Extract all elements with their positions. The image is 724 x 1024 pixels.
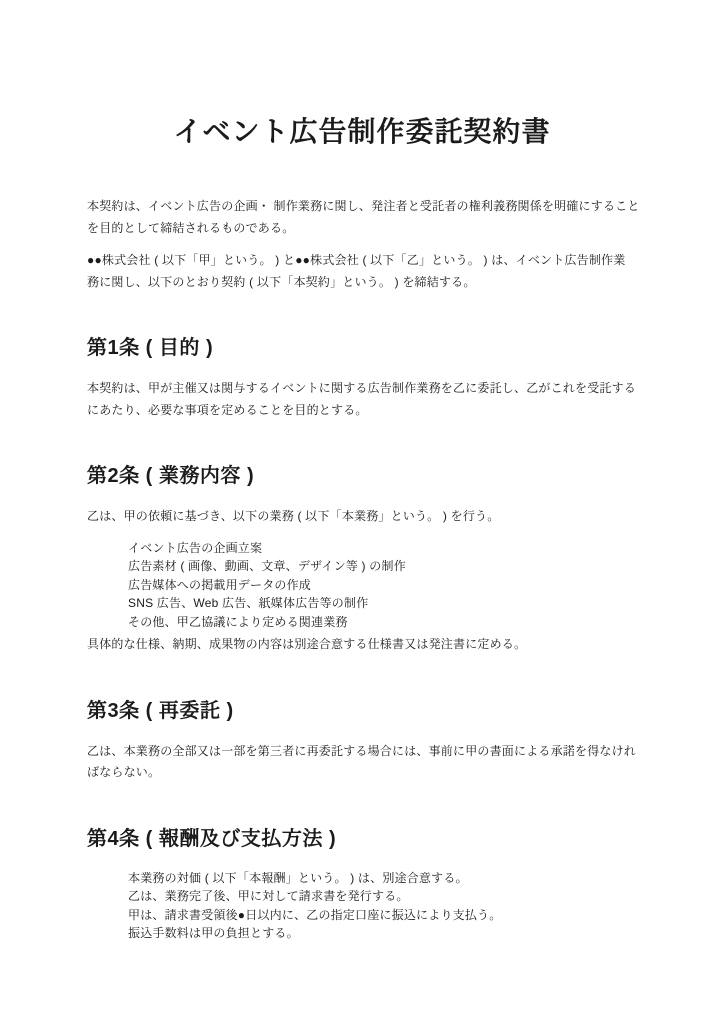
article-2-scope-of-work: 第2条 ( 業務内容 ) 乙は、甲の依頼に基づき、以下の業務 ( 以下「本業務」… bbox=[87, 463, 637, 656]
article-3-subcontracting: 第3条 ( 再委託 ) 乙は、本業務の全部又は一部を第三者に再委託する場合には、… bbox=[87, 698, 637, 784]
payment-item-invoice: 乙は、業務完了後、甲に対して請求書を発行する。 bbox=[128, 887, 637, 906]
intro-paragraph-purpose: 本契約は、イベント広告の企画・ 制作業務に関し、発注者と受託者の権利義務関係を明… bbox=[87, 196, 637, 239]
article-3-heading: 第3条 ( 再委託 ) bbox=[87, 698, 637, 725]
task-item-media-data: 広告媒体への掲載用データの作成 bbox=[128, 576, 637, 595]
document-title: イベント広告制作委託契約書 bbox=[87, 113, 637, 151]
payment-item-transfer: 甲は、請求書受領後●日以内に、乙の指定口座に振込により支払う。 bbox=[128, 906, 637, 925]
article-4-heading: 第4条 ( 報酬及び支払方法 ) bbox=[87, 826, 637, 853]
article-2-task-list: イベント広告の企画立案 広告素材 ( 画像、動画、文章、デザイン等 ) の制作 … bbox=[87, 539, 637, 632]
article-1-heading: 第1条 ( 目的 ) bbox=[87, 335, 637, 362]
payment-item-fee: 振込手数料は甲の負担とする。 bbox=[128, 924, 637, 943]
article-3-body: 乙は、本業務の全部又は一部を第三者に再委託する場合には、事前に甲の書面による承諾… bbox=[87, 741, 637, 784]
article-1-purpose: 第1条 ( 目的 ) 本契約は、甲が主催又は関与するイベントに関する広告制作業務… bbox=[87, 335, 637, 421]
article-4-payment: 第4条 ( 報酬及び支払方法 ) 本業務の対価 ( 以下「本報酬」という。 ) … bbox=[87, 826, 637, 943]
payment-item-consideration: 本業務の対価 ( 以下「本報酬」という。 ) は、別途合意する。 bbox=[128, 869, 637, 888]
article-2-lead: 乙は、甲の依頼に基づき、以下の業務 ( 以下「本業務」という。 ) を行う。 bbox=[87, 506, 637, 528]
article-1-body: 本契約は、甲が主催又は関与するイベントに関する広告制作業務を乙に委託し、乙がこれ… bbox=[87, 378, 637, 421]
article-4-payment-list: 本業務の対価 ( 以下「本報酬」という。 ) は、別途合意する。 乙は、業務完了… bbox=[87, 869, 637, 943]
task-item-planning: イベント広告の企画立案 bbox=[128, 539, 637, 558]
task-item-sns-web-print: SNS 広告、Web 広告、紙媒体広告等の制作 bbox=[128, 594, 637, 613]
task-item-other: その他、甲乙協議により定める関連業務 bbox=[128, 613, 637, 632]
article-2-after-note: 具体的な仕様、納期、成果物の内容は別途合意する仕様書又は発注書に定める。 bbox=[87, 634, 637, 656]
task-item-materials: 広告素材 ( 画像、動画、文章、デザイン等 ) の制作 bbox=[128, 557, 637, 576]
article-2-heading: 第2条 ( 業務内容 ) bbox=[87, 463, 637, 490]
intro-paragraph-parties: ●●株式会社 ( 以下「甲」という。 ) と●●株式会社 ( 以下「乙」という。… bbox=[87, 250, 637, 293]
contract-document-page: イベント広告制作委託契約書 本契約は、イベント広告の企画・ 制作業務に関し、発注… bbox=[0, 0, 724, 1024]
